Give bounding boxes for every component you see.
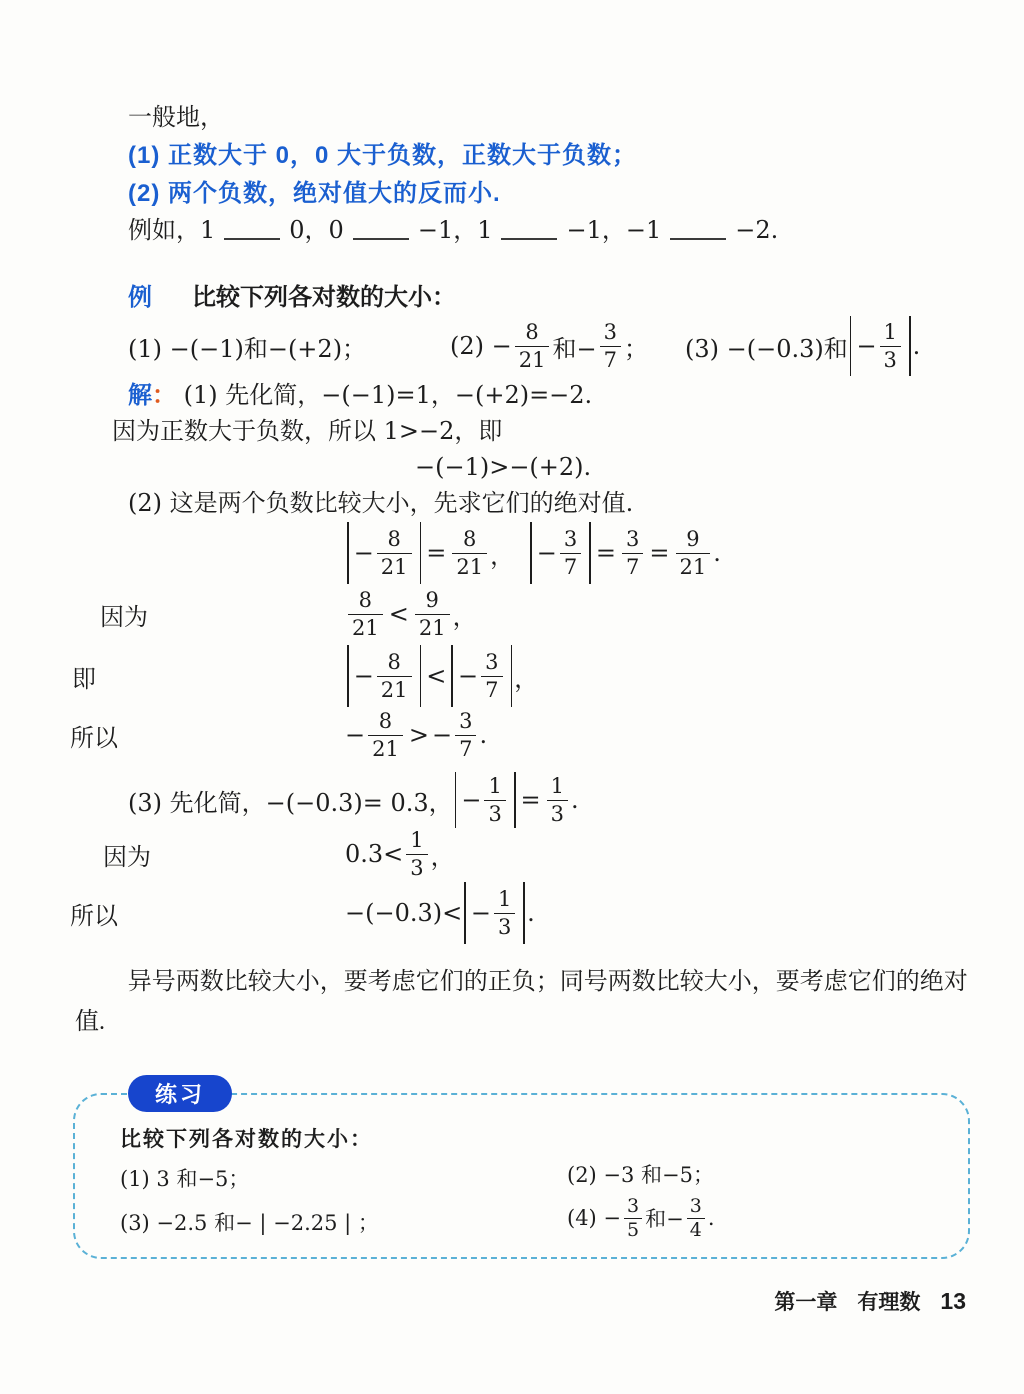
blank-underline	[353, 234, 409, 240]
that-is-label: 即	[72, 645, 96, 707]
comma: ，	[514, 659, 538, 694]
item2-pre: (2) −	[450, 332, 512, 360]
practice-title: 比较下列各对数的大小：	[120, 1123, 373, 1153]
fill-seg-5: −2.	[735, 216, 778, 244]
fraction-3-7: 37	[600, 322, 621, 371]
item4-mid: 和−	[645, 1203, 684, 1233]
abs-value: − 821	[347, 522, 421, 584]
footer-section: 有理数	[857, 1286, 920, 1316]
that-is-text: 即	[72, 659, 96, 694]
p03-lt-text: 0.3<	[345, 840, 403, 868]
intro-lead: 一般地，	[128, 103, 224, 133]
less-than-sign: <	[389, 600, 409, 628]
minus-sign: −	[432, 721, 452, 749]
comma: ，	[431, 837, 455, 872]
equals-sign: =	[596, 539, 616, 567]
abs-equation-line: − 821 = 821 ， − 37 = 37 = 921 .	[345, 522, 721, 584]
summary-paragraph: 异号两数比较大小，要考虑它们的正负；同号两数比较大小，要考虑它们的绝对值.	[75, 962, 987, 1042]
fill-seg-2: 0，0	[289, 216, 344, 244]
neg03-lt-text: −(−0.3)<	[345, 899, 462, 927]
item3-post: .	[913, 332, 921, 360]
blank-underline	[670, 234, 726, 240]
fraction-1-3: 13	[406, 830, 427, 879]
fraction-9-21: 921	[415, 590, 450, 639]
fraction-3-7: 37	[481, 652, 502, 701]
solution-line-9: (3) 先化简，−(−0.3)= 0.3， − 13 = 13 .	[128, 772, 579, 828]
example-title: 比较下列各对数的大小：	[192, 285, 456, 311]
fill-seg-3: −1，1	[418, 216, 493, 244]
comma: ，	[453, 597, 477, 632]
solution-line-2: 因为正数大于负数，所以 1>−2，即	[112, 416, 502, 446]
page-number: 13	[940, 1288, 966, 1315]
item3-pre: (3) −(−0.3)和	[685, 329, 848, 364]
line9-pre: (3) 先化简，−(−0.3)= 0.3，	[128, 783, 453, 818]
fraction-1-3: 13	[880, 322, 901, 371]
abs-value: − 37	[530, 522, 591, 584]
because-text: 因为	[100, 597, 148, 632]
rule-2: (2) 两个负数，绝对值大的反而小.	[128, 179, 501, 209]
minus-sign: −	[471, 899, 491, 927]
solution-line-1-text: (1) 先化简，−(−1)=1，−(+2)=−2.	[184, 381, 593, 409]
fraction-8-21: 821	[348, 590, 383, 639]
fraction-3-4: 34	[687, 1197, 705, 1240]
item4-pre: (4) −	[567, 1206, 621, 1230]
abs-value: − 13	[850, 316, 911, 376]
minus-sign: −	[461, 786, 481, 814]
practice-box: 比较下列各对数的大小： (1) 3 和−5； (2) −3 和−5； (3) −…	[73, 1093, 970, 1259]
equals-sign: =	[426, 539, 446, 567]
fraction-8-21: 821	[377, 529, 412, 578]
greater-than-sign: >	[409, 721, 429, 749]
equals-sign: =	[521, 786, 541, 814]
blank-underline	[501, 234, 557, 240]
practice-item-2: (2) −3 和−5；	[567, 1159, 714, 1189]
fill-seg-4: −1，−1	[566, 216, 661, 244]
item2-post: ；	[624, 329, 648, 364]
period: .	[571, 786, 579, 814]
practice-item-4: (4) − 35 和− 34 .	[567, 1191, 715, 1245]
solve-label: 解	[128, 382, 152, 409]
rule-1: (1) 正数大于 0，0 大于负数，正数大于负数；	[128, 141, 637, 171]
so-label-1: 所以	[70, 707, 118, 763]
minus-sign: −	[537, 539, 557, 567]
fill-in-line: 例如，10，0−1，1−1，−1−2.	[128, 215, 778, 245]
fill-seg-1: 例如，1	[128, 216, 215, 244]
equals-sign: =	[649, 539, 669, 567]
solve-colon: ：	[152, 380, 176, 409]
example-item-1-text: (1) −(−1)和−(+2)；	[128, 329, 366, 364]
practice-badge: 练习	[128, 1075, 232, 1112]
example-header: 例 比较下列各对数的大小：	[128, 283, 456, 313]
because-label-2: 因为	[103, 828, 151, 880]
example-item-2: (2) − 821 和− 37 ；	[450, 316, 648, 376]
so-text: 所以	[70, 718, 118, 753]
fraction-3-5: 35	[624, 1197, 642, 1240]
solution-line-4: (2) 这是两个负数比较大小，先求它们的绝对值.	[128, 488, 633, 518]
fraction-8-21: 821	[377, 652, 412, 701]
period: .	[479, 721, 487, 749]
abs-value: − 13	[464, 882, 525, 944]
minus-sign: −	[354, 539, 374, 567]
solution-line-1: 解： (1) 先化简，−(−1)=1，−(+2)=−2.	[128, 380, 592, 411]
abs-value: − 13	[455, 772, 516, 828]
fraction-8-21: 821	[515, 322, 550, 371]
minus-sign: −	[354, 662, 374, 690]
practice-item-1: (1) 3 和−5；	[120, 1163, 249, 1193]
so-equation-1: − 821 > − 37 .	[345, 707, 487, 763]
fraction-1-3: 13	[494, 889, 515, 938]
page-footer: 第一章 有理数 13	[774, 1286, 966, 1316]
footer-chapter: 第一章	[774, 1286, 837, 1316]
example-item-1: (1) −(−1)和−(+2)；	[128, 316, 366, 376]
solution-line-3: −(−1)>−(+2).	[415, 452, 591, 482]
fraction-1-3: 13	[547, 776, 568, 825]
so-equation-2: −(−0.3)< − 13 .	[345, 882, 535, 944]
blank-underline	[224, 234, 280, 240]
example-item-3: (3) −(−0.3)和 − 13 .	[685, 316, 920, 376]
that-is-equation: − 821 < − 37 ，	[345, 645, 538, 707]
because-text: 因为	[103, 837, 151, 872]
fraction-8-21: 821	[368, 711, 403, 760]
period: .	[527, 899, 535, 927]
fraction-3-7: 37	[560, 529, 581, 578]
practice-item-3: (3) −2.5 和− | −2.25 | ；	[120, 1207, 379, 1237]
item4-post: .	[708, 1206, 715, 1230]
fraction-1-3: 13	[484, 776, 505, 825]
example-label: 例	[128, 284, 152, 311]
fraction-3-7: 37	[455, 711, 476, 760]
item2-mid: 和−	[552, 329, 596, 364]
so-text: 所以	[70, 896, 118, 931]
comma: ，	[490, 536, 514, 571]
abs-value: − 821	[347, 645, 421, 707]
minus-sign: −	[458, 662, 478, 690]
textbook-page: 一般地， (1) 正数大于 0，0 大于负数，正数大于负数； (2) 两个负数，…	[0, 0, 1024, 1394]
because-label-1: 因为	[100, 588, 148, 640]
less-than-sign: <	[426, 662, 446, 690]
because-equation-2: 0.3< 13 ，	[345, 828, 455, 880]
fraction-9-21: 921	[676, 529, 711, 578]
fraction-8-21: 821	[452, 529, 487, 578]
abs-value: − 37	[451, 645, 512, 707]
fraction-3-7: 37	[622, 529, 643, 578]
minus-sign: −	[345, 721, 365, 749]
minus-sign: −	[856, 332, 876, 360]
period: .	[713, 539, 721, 567]
so-label-2: 所以	[70, 882, 118, 944]
because-equation-1: 821 < 921 ，	[345, 588, 477, 640]
